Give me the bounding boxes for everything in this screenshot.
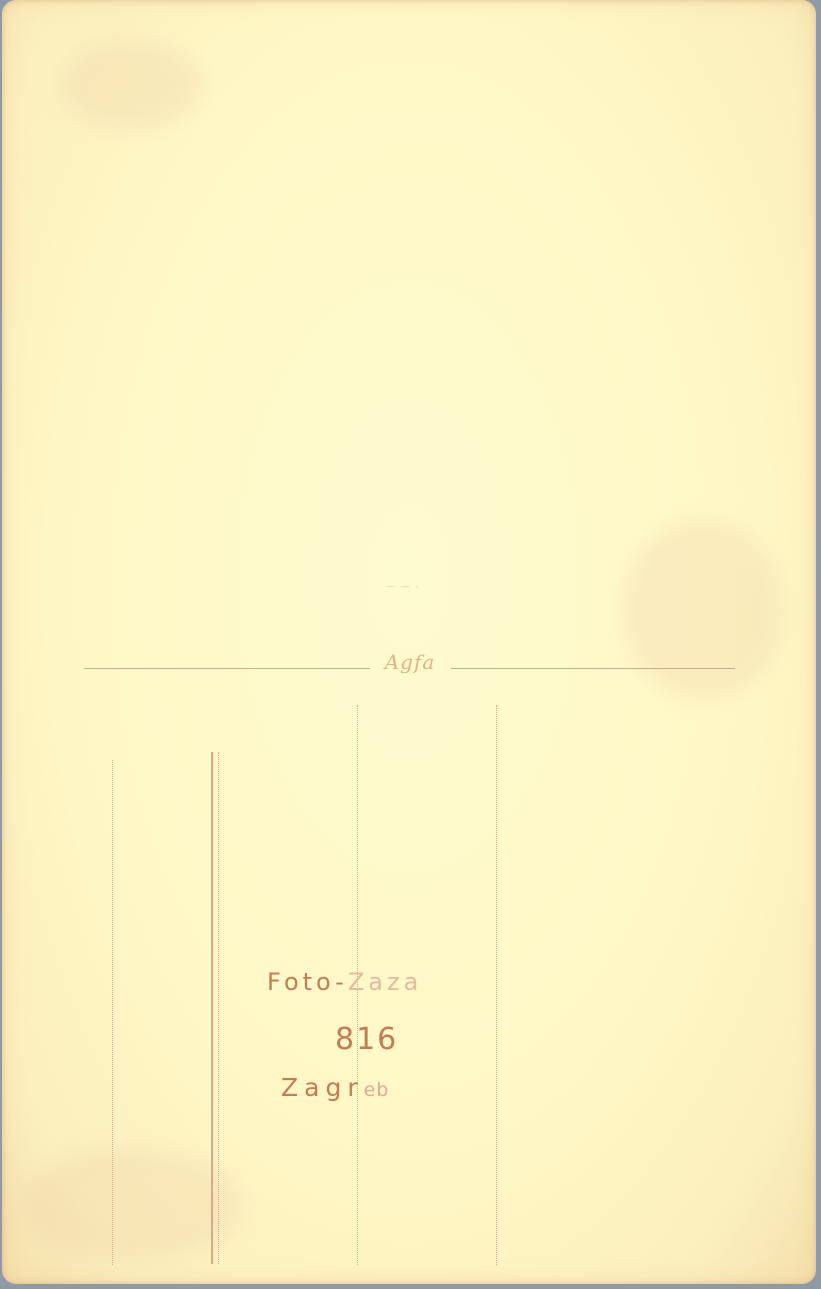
paper-stain [622, 520, 782, 700]
agfa-logo: Agfa [378, 650, 442, 674]
studio-stamp-city: Zagreb [281, 1073, 389, 1102]
paper-stain [22, 1150, 242, 1260]
divider-right [451, 668, 735, 669]
paper-stain [62, 40, 202, 130]
dotted-line [218, 752, 219, 1264]
stamp-box-dotted-line [112, 760, 113, 1265]
studio-stamp-name: Foto-Zaza [267, 968, 422, 996]
postcard-back: — — - Agfa Foto-Zaza 816 Zagreb [2, 0, 816, 1284]
studio-stamp-number: 816 [335, 1022, 398, 1057]
small-mark: — — - [387, 582, 420, 591]
message-address-divider [211, 752, 213, 1264]
dotted-line [496, 705, 497, 1265]
divider-left [84, 668, 370, 669]
